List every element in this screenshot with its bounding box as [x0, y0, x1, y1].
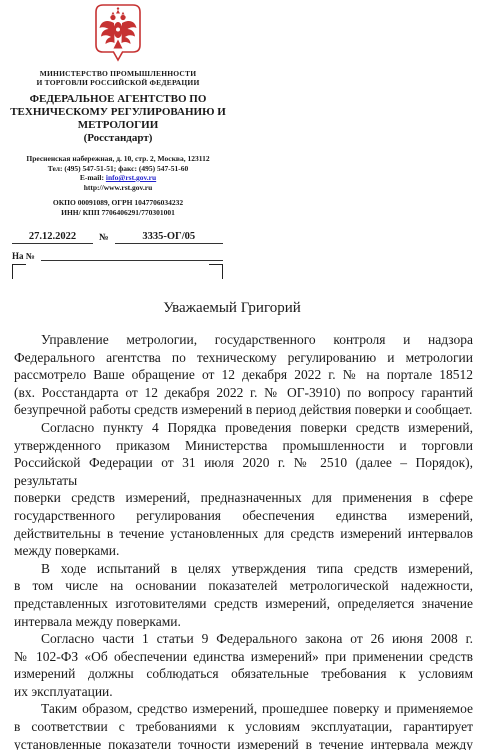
paragraph: Таким образом, средство измерений, проше… — [14, 700, 473, 750]
number-sign: № — [99, 233, 109, 243]
salutation: Уважаемый Григорий — [0, 300, 464, 317]
ministry-line: МИНИСТЕРСТВО ПРОМЫШЛЕННОСТИ — [10, 69, 226, 78]
body-line: измерений должны соблюдаться обязательны… — [14, 665, 473, 683]
website-url: http://www.rst.gov.ru — [10, 183, 226, 193]
body-line: установленные показатели точности измере… — [14, 736, 473, 750]
postal-address: Пресненская набережная, д. 10, стр. 2, М… — [10, 154, 226, 164]
body-line: безупречной работы средств измерений в п… — [14, 401, 473, 419]
agency-short-name: (Росстандарт) — [10, 132, 226, 145]
body-line: № 102-ФЗ «Об обеспечении единства измере… — [14, 648, 473, 666]
contact-block: Пресненская набережная, д. 10, стр. 2, М… — [10, 154, 226, 192]
body-line: Управление метрологии, государственного … — [14, 331, 473, 349]
body-line: в соответствии с требованиями к условиям… — [14, 718, 473, 736]
outgoing-date-field: 27.12.2022 — [12, 231, 93, 244]
body-line: рассмотрело Ваше обращение от 12 декабря… — [14, 366, 473, 384]
agency-line: ТЕХНИЧЕСКОМУ РЕГУЛИРОВАНИЮ И — [10, 106, 226, 119]
body-line: В ходе испытаний в целях утверждения тип… — [14, 560, 473, 578]
email-label: E-mail: — [80, 173, 104, 182]
reply-to-label: На № — [12, 251, 35, 261]
body-line: Таким образом, средство измерений, проше… — [14, 700, 473, 718]
paragraph: Согласно пункту 4 Порядка проведения пов… — [14, 419, 473, 560]
body-line: между поверками. — [14, 542, 473, 560]
body-line: в том числе на основании показателей мет… — [14, 577, 473, 595]
russia-coat-of-arms-icon — [95, 4, 141, 62]
body-line: Российской Федерации от 31 июля 2020 г. … — [14, 454, 473, 489]
letterhead: МИНИСТЕРСТВО ПРОМЫШЛЕННОСТИ И ТОРГОВЛИ Р… — [10, 4, 226, 217]
body-line: их эксплуатации. — [14, 683, 473, 701]
ministry-line: И ТОРГОВЛИ РОССИЙСКОЙ ФЕДЕРАЦИИ — [10, 78, 226, 87]
body-line: действительны в течение установленных дл… — [14, 525, 473, 543]
ministry-name: МИНИСТЕРСТВО ПРОМЫШЛЕННОСТИ И ТОРГОВЛИ Р… — [10, 69, 226, 87]
body-line: государственного регулирования обеспечен… — [14, 507, 473, 525]
addressee-corner-mark-right — [209, 264, 223, 279]
body-line: Согласно пункту 4 Порядка проведения пов… — [14, 419, 473, 437]
reply-to-row: На № — [12, 245, 223, 261]
body-line: интервала между поверками. — [14, 613, 473, 631]
reply-to-number-field — [41, 247, 223, 261]
registration-codes: ОКПО 00091089, ОГРН 1047706034232 ИНН/ К… — [10, 198, 226, 217]
outgoing-row: 27.12.2022 № 3335-ОГ/05 — [12, 228, 223, 244]
paragraph: В ходе испытаний в целях утверждения тип… — [14, 560, 473, 630]
body-line: (вх. Росстандарта от 12 декабря 2022 г. … — [14, 384, 473, 402]
letter-body: Управление метрологии, государственного … — [14, 331, 473, 750]
email-row: E-mail: info@rst.gov.ru — [10, 173, 226, 183]
agency-line: МЕТРОЛОГИИ — [10, 119, 226, 132]
okpo-ogrn: ОКПО 00091089, ОГРН 1047706034232 — [10, 198, 226, 208]
addressee-corner-mark-left — [12, 264, 26, 279]
body-line: Федерального агентства по техническому р… — [14, 349, 473, 367]
agency-name: ФЕДЕРАЛЬНОЕ АГЕНТСТВО ПО ТЕХНИЧЕСКОМУ РЕ… — [10, 93, 226, 132]
reference-block: 27.12.2022 № 3335-ОГ/05 На № — [12, 228, 223, 279]
paragraph: Управление метрологии, государственного … — [14, 331, 473, 419]
body-line: Согласно части 1 статьи 9 Федерального з… — [14, 630, 473, 648]
body-line: поверки средств измерений, предназначенн… — [14, 489, 473, 507]
addressee-zone — [12, 264, 223, 279]
emblem-wrap — [10, 4, 226, 64]
outgoing-number-field: 3335-ОГ/05 — [115, 231, 223, 244]
body-line: представленных изготовителями средств из… — [14, 595, 473, 613]
inn-kpp: ИНН/ КПП 7706406291/770301001 — [10, 208, 226, 218]
paragraph: Согласно части 1 статьи 9 Федерального з… — [14, 630, 473, 700]
body-line: утвержденного приказом Министерства пром… — [14, 437, 473, 455]
phone-fax: Тел: (495) 547-51-51; факс: (495) 547-51… — [10, 164, 226, 174]
email-link[interactable]: info@rst.gov.ru — [106, 173, 156, 182]
letter-page: МИНИСТЕРСТВО ПРОМЫШЛЕННОСТИ И ТОРГОВЛИ Р… — [0, 0, 486, 750]
agency-line: ФЕДЕРАЛЬНОЕ АГЕНТСТВО ПО — [10, 93, 226, 106]
